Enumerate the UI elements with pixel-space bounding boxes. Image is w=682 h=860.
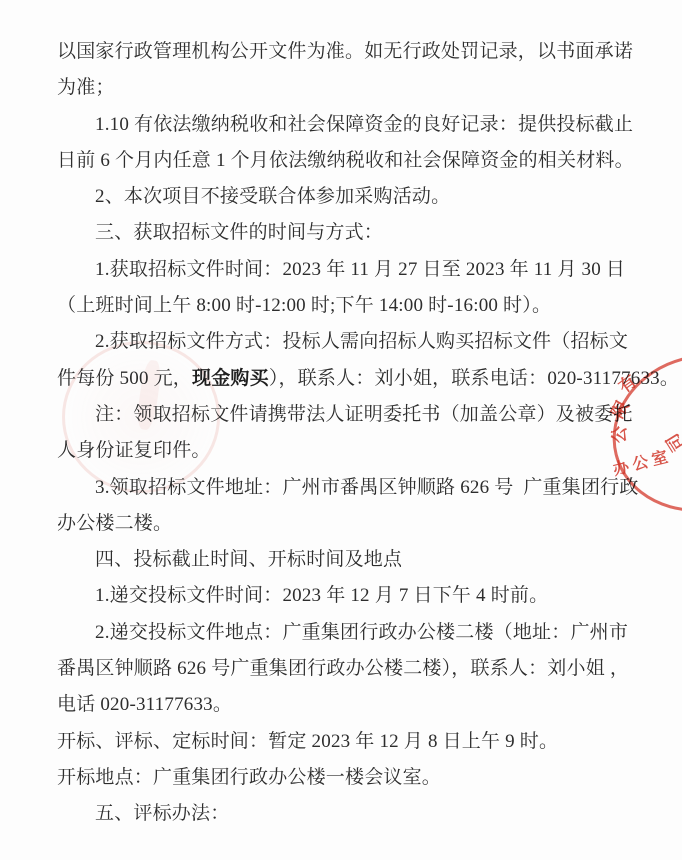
text-segment: 1.10 有依法缴纳税收和社会保障资金的良好记录：提供投标截止 [95,114,633,135]
text-segment: 五、评标办法： [95,803,229,824]
text-segment: 2.获取招标文件方式：投标人需向招标人购买招标文件（招标文 [95,331,628,352]
document-line: 1.递交投标文件时间：2023 年 12 月 7 日下午 4 时前。 [57,578,647,614]
text-segment: 开标地点：广重集团行政办公楼一楼会议室。 [57,767,441,788]
document-line: 四、投标截止时间、开标时间及地点 [57,542,647,578]
text-segment: 开标、评标、定标时间：暂定 2023 年 12 月 8 日上午 9 时。 [57,731,558,752]
document-line: 2.获取招标文件方式：投标人需向招标人购买招标文件（招标文 [57,324,647,360]
document-line: 番禺区钟顺路 626 号广重集团行政办公楼二楼），联系人：刘小姐 ， [57,651,647,687]
document-line: 三、获取招标文件的时间与方式： [57,215,647,251]
text-segment: 1.获取招标文件时间：2023 年 11 月 27 日至 2023 年 11 月… [95,259,625,280]
text-segment: 注：领取招标文件请携带法人证明委托书（加盖公章）及被委托 [95,404,633,425]
document-line: 电话 020-31177633。 [57,687,647,723]
text-segment: 办公楼二楼。 [57,513,172,534]
document-line: 开标地点：广重集团行政办公楼一楼会议室。 [57,760,647,796]
document-line: 件每份 500 元，现金购买），联系人：刘小姐，联系电话：020-3117763… [57,361,647,397]
text-segment: 2.递交投标文件地点：广重集团行政办公楼二楼（地址：广州市 [95,622,628,643]
document-line: 2.递交投标文件地点：广重集团行政办公楼二楼（地址：广州市 [57,615,647,651]
document-line: 日前 6 个月内任意 1 个月依法缴纳税收和社会保障资金的相关材料。 [57,143,647,179]
document-line: 1.10 有依法缴纳税收和社会保障资金的良好记录：提供投标截止 [57,107,647,143]
text-segment: 3.领取招标文件地址：广州市番禺区钟顺路 626 号 广重集团行政 [95,477,639,498]
text-segment: 日前 6 个月内任意 1 个月依法缴纳税收和社会保障资金的相关材料。 [57,150,634,171]
emphasized-text: 现金购买 [192,368,269,389]
text-segment: 为准； [57,77,115,98]
document-line: 人身份证复印件。 [57,433,647,469]
document-line: 1.获取招标文件时间：2023 年 11 月 27 日至 2023 年 11 月… [57,252,647,288]
text-segment: 人身份证复印件。 [57,440,211,461]
document-line: 为准； [57,70,647,106]
document-line: 注：领取招标文件请携带法人证明委托书（加盖公章）及被委托 [57,397,647,433]
text-segment: 件每份 500 元， [57,368,192,389]
document-line: 2、本次项目不接受联合体参加采购活动。 [57,179,647,215]
text-segment: ），联系人：刘小姐，联系电话：020-31177633。 [269,368,679,389]
document-body: 以国家行政管理机构公开文件为准。如无行政处罚记录，以书面承诺为准；1.10 有依… [57,34,647,833]
document-line: 以国家行政管理机构公开文件为准。如无行政处罚记录，以书面承诺 [57,34,647,70]
document-line: 办公楼二楼。 [57,506,647,542]
document-line: 3.领取招标文件地址：广州市番禺区钟顺路 626 号 广重集团行政 [57,470,647,506]
text-segment: 2、本次项目不接受联合体参加采购活动。 [95,186,450,207]
text-segment: 电话 020-31177633。 [57,694,232,715]
text-segment: 番禺区钟顺路 626 号广重集团行政办公楼二楼），联系人：刘小姐 ， [57,658,629,679]
document-line: 开标、评标、定标时间：暂定 2023 年 12 月 8 日上午 9 时。 [57,724,647,760]
document-page: 以国家行政管理机构公开文件为准。如无行政处罚记录，以书面承诺为准；1.10 有依… [0,0,682,860]
document-line: 五、评标办法： [57,796,647,832]
text-segment: （上班时间上午 8:00 时-12:00 时;下午 14:00 时-16:00 … [57,295,551,316]
seal-arc-character: 司 [658,430,682,458]
text-segment: 三、获取招标文件的时间与方式： [95,222,383,243]
text-segment: 四、投标截止时间、开标时间及地点 [95,549,402,570]
text-segment: 以国家行政管理机构公开文件为准。如无行政处罚记录，以书面承诺 [57,41,633,62]
document-line: （上班时间上午 8:00 时-12:00 时;下午 14:00 时-16:00 … [57,288,647,324]
text-segment: 1.递交投标文件时间：2023 年 12 月 7 日下午 4 时前。 [95,585,548,606]
